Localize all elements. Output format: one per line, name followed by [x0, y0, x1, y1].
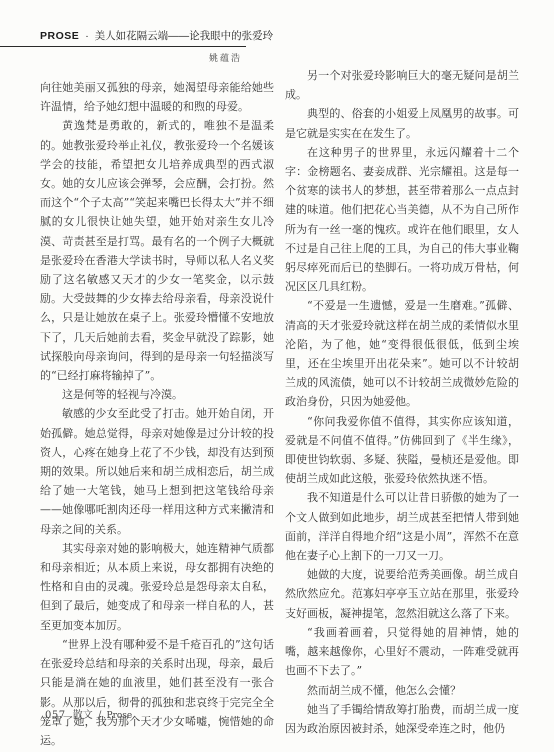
paragraph: “世界上没有哪种爱不是千疮百孔的”这句话在张爱玲总结和母亲的关系时出现，母亲，最… — [40, 635, 274, 750]
paragraph: 其实母亲对她的影响极大，她连精神气质都和母亲相近；从本质上来说，母女都拥有决绝的… — [40, 539, 274, 635]
page-number: 057 — [45, 710, 66, 721]
paragraph: 典型的、俗套的小姐爱上凤凰男的故事。可是它就是实实在在发生了。 — [285, 104, 519, 142]
header-separator: · — [85, 30, 89, 42]
paragraph: 然而胡兰成不懂，他怎么会懂？ — [285, 681, 519, 700]
paragraph: 这是何等的轻视与冷漠。 — [40, 385, 274, 404]
author-name: 姚蕴浩 — [0, 47, 246, 64]
header-title-row: PROSE · 美人如花隔云端——论我眼中的张爱玲 — [0, 28, 246, 46]
paragraph: 黄逸梵是勇敢的，新式的，唯独不是温柔的。她教张爱玲举止礼仪，教张爱玲一个名媛该学… — [40, 116, 274, 385]
paragraph: 向往她美丽又孤独的母亲，她渴望母亲能给她些许温情，给予她幻想中温暖的和煦的母爱。 — [40, 78, 274, 116]
paragraph: 她做的大度，说要给范秀美画像。胡兰成自然欣然应允。范寡妇亭亭玉立站在那里，张爱玲… — [285, 565, 519, 623]
page-header: PROSE · 美人如花隔云端——论我眼中的张爱玲 姚蕴浩 — [0, 28, 246, 64]
footer-separator: / — [98, 710, 101, 721]
paragraph: “你问我爱你值不值得，其实你应该知道，爱就是不问值不值得。”仿佛回到了《半生缘》… — [285, 412, 519, 489]
paragraph: 我不知道是什么可以让昔日骄傲的她为了一个文人做到如此地步，胡兰成甚至把情人带到她… — [285, 488, 519, 565]
magazine-page: { "header": { "magazine": "PROSE", "sepa… — [0, 0, 554, 752]
paragraph: 在这种男子的世界里，永远闪耀着十二个字：金榜题名、妻妾成群、光宗耀祖。这是每一个… — [285, 143, 519, 297]
page-footer: 057 散文 / Prose — [45, 706, 132, 721]
section-label-cn: 散文 — [73, 710, 93, 721]
magazine-name: PROSE — [40, 30, 79, 42]
section-label-en: Prose — [107, 711, 133, 721]
right-text-column: 另一个对张爱玲影响巨大的毫无疑问是胡兰成。典型的、俗套的小姐爱上凤凰男的故事。可… — [285, 66, 519, 738]
paragraph: “不爱是一生遗憾，爱是一生磨难。”孤僻、清高的天才张爱玲就这样在胡兰成的柔情似水… — [285, 296, 519, 411]
article-title: 美人如花隔云端——论我眼中的张爱玲 — [95, 30, 274, 42]
left-text-column: 向往她美丽又孤独的母亲，她渴望母亲能给她些许温情，给予她幻想中温暖的和煦的母爱。… — [40, 78, 274, 750]
paragraph: 她当了手镯给情敌筹打胎费，而胡兰成一度因为政治原因被封杀，她深受牵连之时，他仍 — [285, 700, 519, 738]
paragraph: 另一个对张爱玲影响巨大的毫无疑问是胡兰成。 — [285, 66, 519, 104]
paragraph: “我画着画着，只觉得她的眉神情，她的嘴，越来越像你，心里好不震动，一阵难受就再也… — [285, 623, 519, 681]
paragraph: 敏感的少女至此受了打击。她开始自闭，开始孤僻。她总觉得，母亲对她像是过分计较的投… — [40, 404, 274, 538]
